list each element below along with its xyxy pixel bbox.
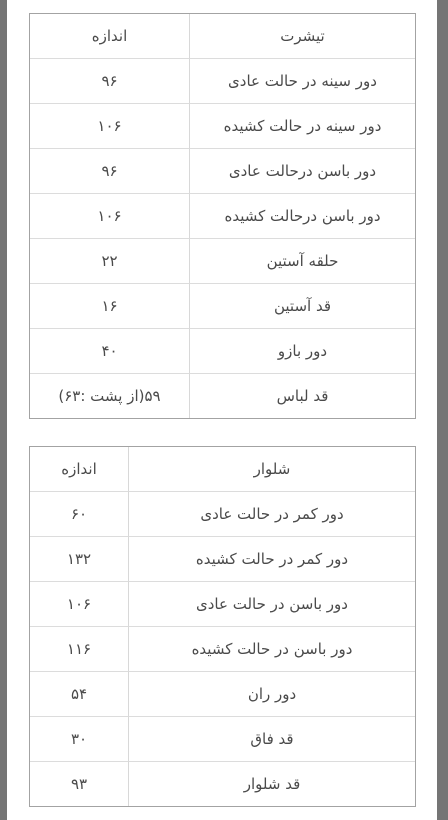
measurement-row: قد فاق۳۰ [30, 717, 415, 762]
measurement-label: دور کمر در حالت کشیده [128, 537, 415, 582]
measurement-value: ۹۶ [30, 149, 189, 194]
tshirt-size-table: تیشرت اندازه دور سینه در حالت عادی۹۶دور … [29, 13, 416, 419]
measurement-row: دور باسن در حالت عادی۱۰۶ [30, 582, 415, 627]
size-chart-screen: { "colors": { "background": "#ffffff", "… [0, 0, 448, 820]
measurement-value: ۵۴ [30, 672, 128, 717]
measurement-row: دور باسن درحالت عادی۹۶ [30, 149, 415, 194]
left-edge-bar [0, 0, 7, 820]
measurement-row: دور باسن درحالت کشیده۱۰۶ [30, 194, 415, 239]
measurement-value: ۴۰ [30, 329, 189, 374]
measurement-row: قد آستین۱۶ [30, 284, 415, 329]
measurement-label: حلقه آستین [189, 239, 415, 284]
measurement-row: دور باسن در حالت کشیده۱۱۶ [30, 627, 415, 672]
measurement-row: دور کمر در حالت عادی۶۰ [30, 492, 415, 537]
measurement-label: دور باسن درحالت کشیده [189, 194, 415, 239]
pants-size-table: شلوار اندازه دور کمر در حالت عادی۶۰دور ک… [29, 446, 416, 807]
pants-size-column-header: اندازه [30, 447, 128, 492]
size-charts: تیشرت اندازه دور سینه در حالت عادی۹۶دور … [31, 13, 416, 807]
measurement-row: دور سینه در حالت عادی۹۶ [30, 59, 415, 104]
measurement-label: دور سینه در حالت کشیده [189, 104, 415, 149]
measurement-label: دور باسن در حالت عادی [128, 582, 415, 627]
measurement-value: ۱۰۶ [30, 582, 128, 627]
pants-table-title: شلوار [128, 447, 415, 492]
measurement-label: دور سینه در حالت عادی [189, 59, 415, 104]
measurement-value: ۲۲ [30, 239, 189, 284]
measurement-row: قد لباس۵۹(از پشت :۶۳) [30, 374, 415, 418]
tshirt-header-row: تیشرت اندازه [30, 14, 415, 59]
tshirt-table-title: تیشرت [189, 14, 415, 59]
measurement-label: قد آستین [189, 284, 415, 329]
pants-header-row: شلوار اندازه [30, 447, 415, 492]
measurement-value: ۵۹(از پشت :۶۳) [30, 374, 189, 418]
measurement-row: قد شلوار۹۳ [30, 762, 415, 806]
measurement-value: ۹۶ [30, 59, 189, 104]
measurement-value: ۱۰۶ [30, 194, 189, 239]
measurement-row: دور کمر در حالت کشیده۱۳۲ [30, 537, 415, 582]
measurement-label: دور باسن درحالت عادی [189, 149, 415, 194]
measurement-label: قد فاق [128, 717, 415, 762]
measurement-value: ۶۰ [30, 492, 128, 537]
measurement-value: ۹۳ [30, 762, 128, 806]
measurement-row: دور ران۵۴ [30, 672, 415, 717]
right-edge-bar [437, 0, 448, 820]
measurement-value: ۱۳۲ [30, 537, 128, 582]
measurement-label: دور باسن در حالت کشیده [128, 627, 415, 672]
measurement-value: ۱۰۶ [30, 104, 189, 149]
measurement-value: ۱۱۶ [30, 627, 128, 672]
measurement-label: قد شلوار [128, 762, 415, 806]
measurement-value: ۳۰ [30, 717, 128, 762]
measurement-label: دور بازو [189, 329, 415, 374]
tshirt-size-column-header: اندازه [30, 14, 189, 59]
measurement-row: دور بازو۴۰ [30, 329, 415, 374]
measurement-label: دور کمر در حالت عادی [128, 492, 415, 537]
measurement-label: دور ران [128, 672, 415, 717]
measurement-value: ۱۶ [30, 284, 189, 329]
measurement-label: قد لباس [189, 374, 415, 418]
measurement-row: حلقه آستین۲۲ [30, 239, 415, 284]
measurement-row: دور سینه در حالت کشیده۱۰۶ [30, 104, 415, 149]
